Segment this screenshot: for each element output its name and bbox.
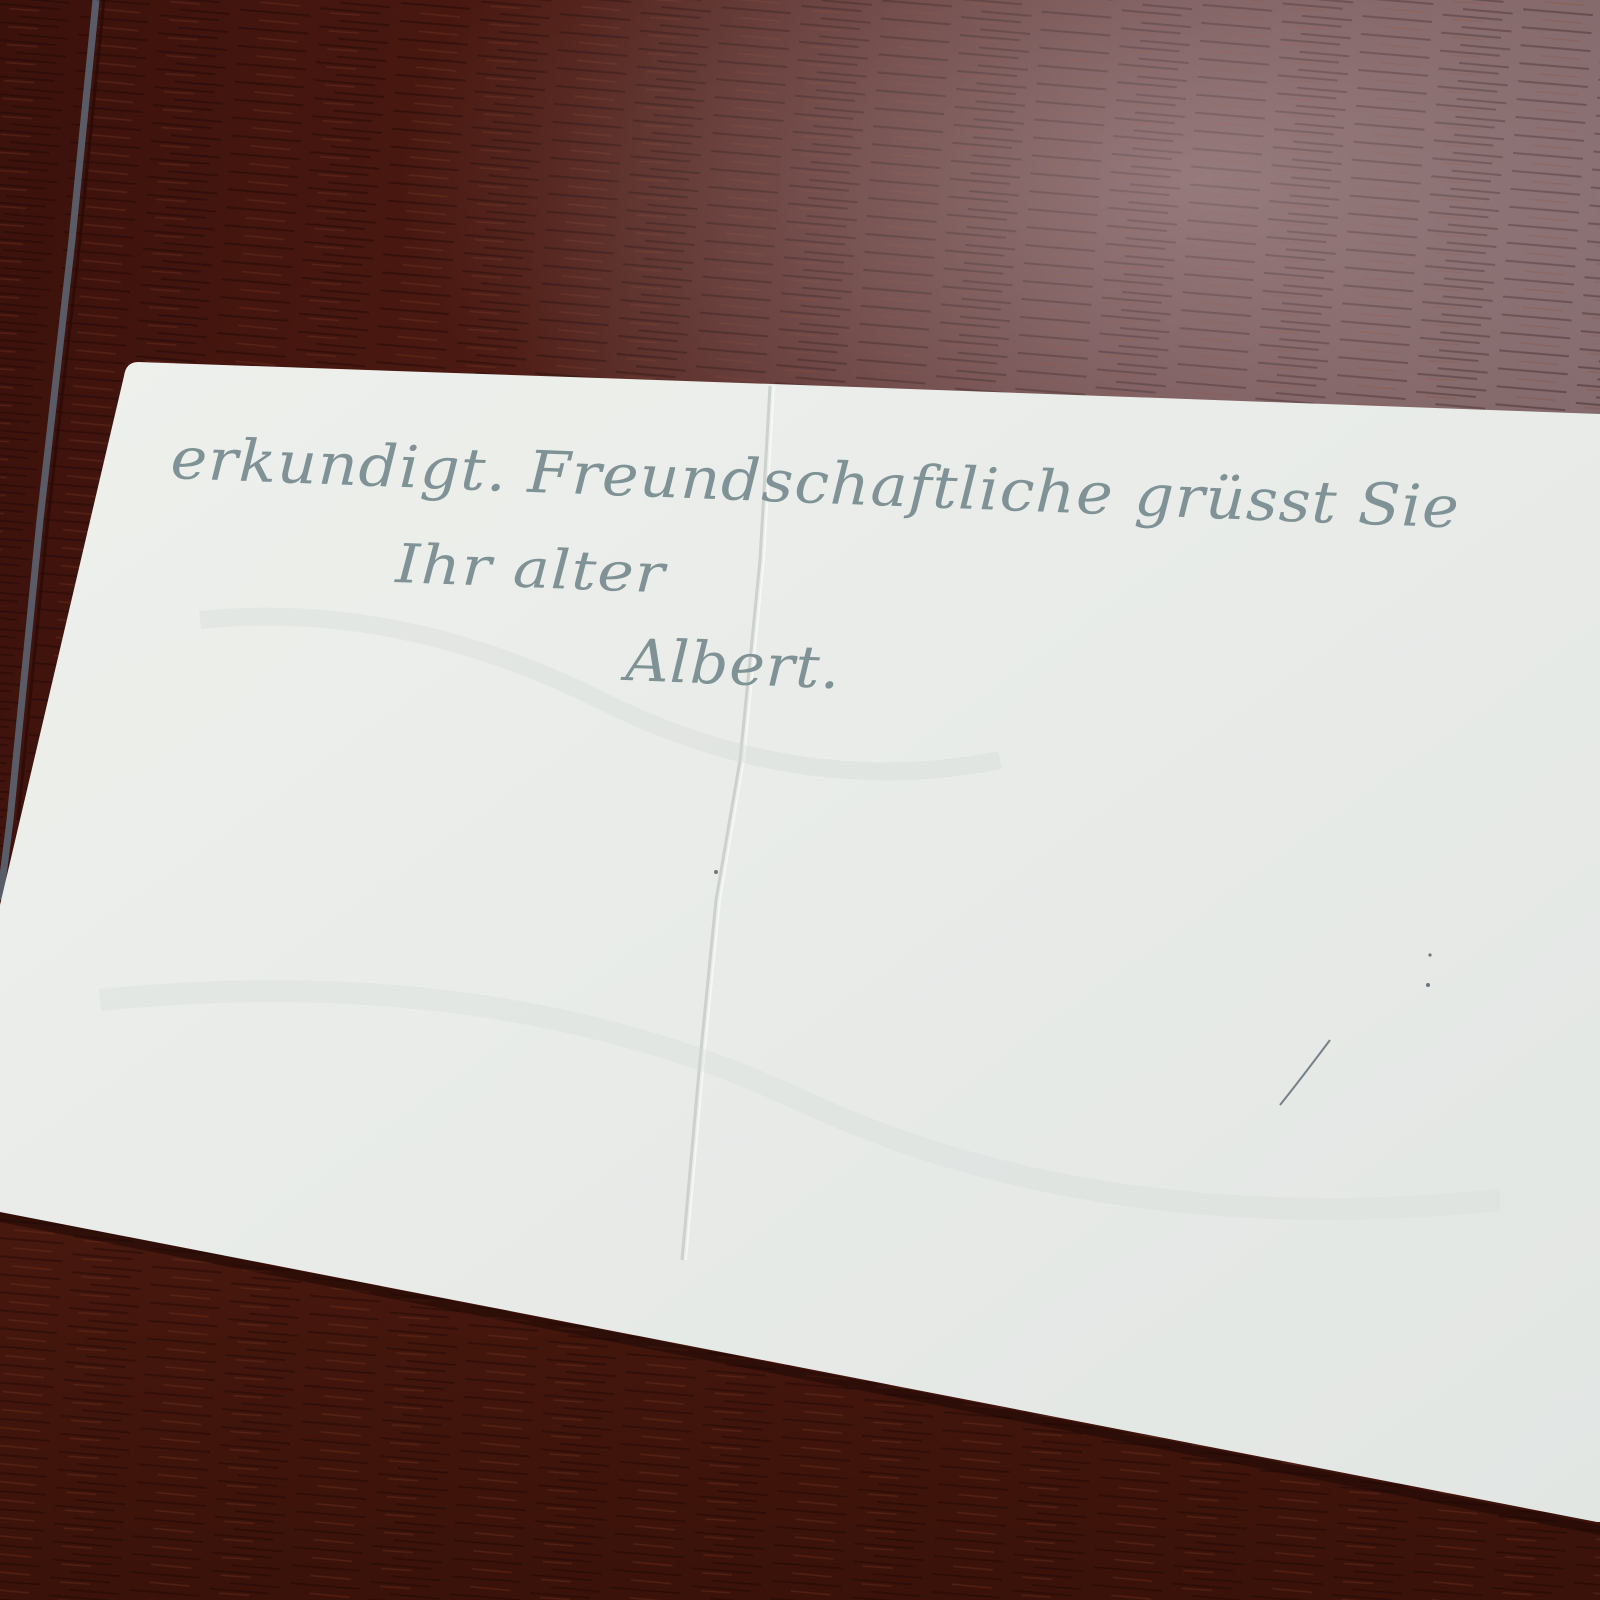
note-signature: Albert. xyxy=(619,626,842,702)
photo-scene: erkundigt. Freundschaftliche grüsst Sie … xyxy=(0,0,1600,1600)
note-line-2: Ihr alter xyxy=(393,532,669,605)
